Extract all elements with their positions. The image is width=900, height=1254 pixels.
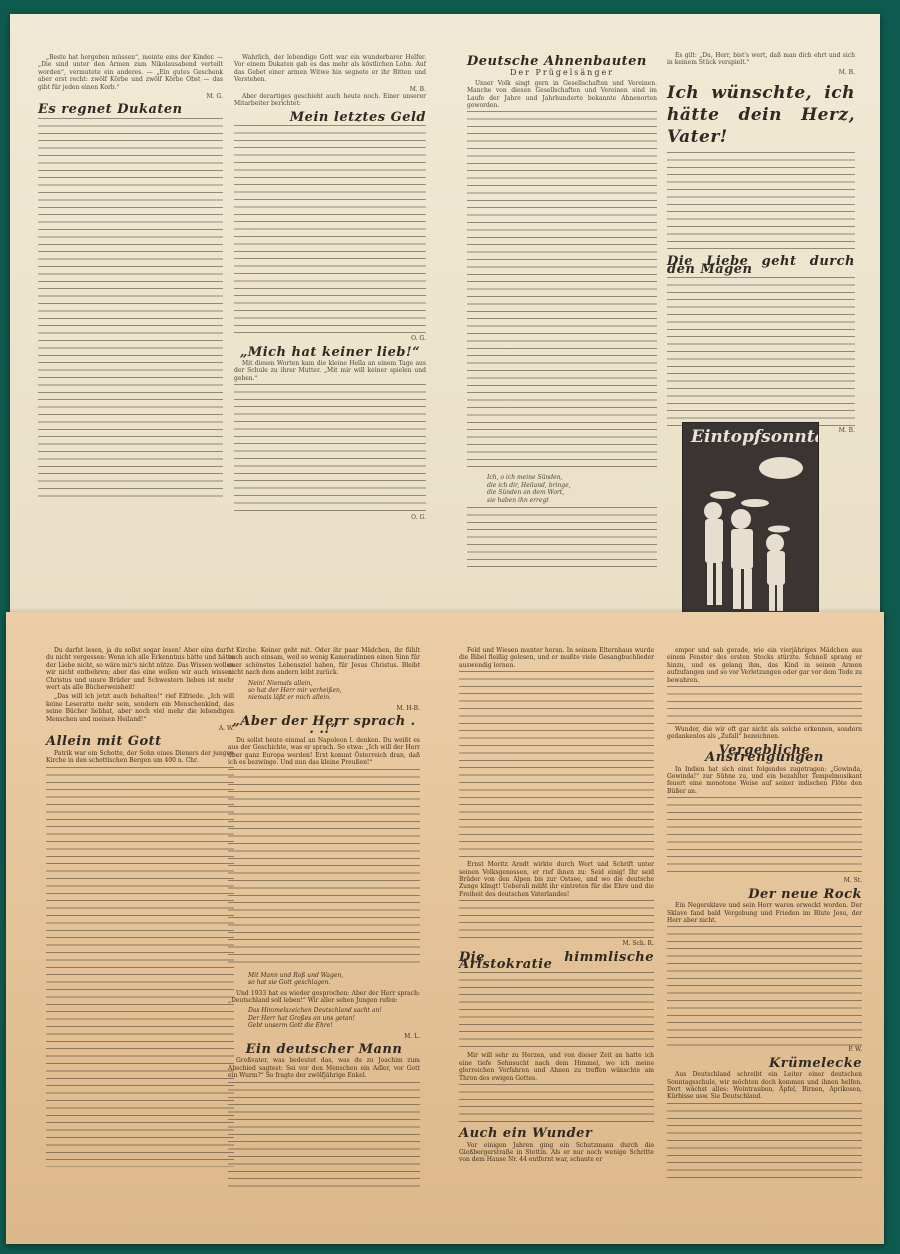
column: „Beste hat hergeben müssen“, meinte eins… bbox=[38, 54, 223, 498]
poem-line: Nein! Niemals allein, bbox=[248, 680, 420, 687]
signature: O. G. bbox=[234, 335, 426, 342]
body-text bbox=[228, 1082, 420, 1192]
poem-line: Gebt unserm Gott die Ehre! bbox=[248, 1022, 420, 1029]
column: Deutsche Ahnenbauten Der Prügelsänger Un… bbox=[467, 52, 657, 567]
article-heading: Die himmlische Aristokratie bbox=[459, 954, 654, 969]
poem-line: Ich, o ich meine Sünden, bbox=[487, 474, 657, 481]
paragraph: Ein Negersklave und sein Herr waren erwe… bbox=[667, 902, 862, 924]
paragraph: Mit diesen Worten kam die kleine Hella a… bbox=[234, 360, 426, 382]
eintopf-illustration: Eintopfsonntag bbox=[682, 422, 819, 622]
paragraph: Vor einigen Jahren ging ein Schutzmann d… bbox=[459, 1142, 654, 1164]
body-text bbox=[459, 900, 654, 940]
signature: M. B. bbox=[667, 69, 855, 76]
article-heading: Es regnet Dukaten bbox=[38, 106, 223, 113]
body-text bbox=[459, 1084, 654, 1124]
article-heading: „Aber der Herr sprach . . .!“ bbox=[228, 718, 420, 733]
signature: O. G. bbox=[234, 514, 426, 521]
paragraph: Du sollst heute einmal an Napoleon I. de… bbox=[228, 737, 420, 767]
paragraph: empor und sah gerade, wie ein vierjährig… bbox=[667, 647, 862, 684]
paragraph: Wunder, die wir oft gar nicht als solche… bbox=[667, 726, 862, 741]
poem-line: so hat sie Gott geschlagen. bbox=[248, 979, 420, 986]
signature: P. W. bbox=[667, 1046, 862, 1053]
signature: M. L. bbox=[228, 1033, 420, 1040]
article-heading: Krümelecke bbox=[667, 1060, 862, 1067]
column: Wahrlich, der lebendige Gott war ein wun… bbox=[234, 54, 426, 522]
article-heading: Allein mit Gott bbox=[46, 738, 234, 745]
poem-line: niemals läßt er mich allein. bbox=[248, 694, 420, 701]
paragraph: Kirche. Keiner geht mit. Oder ihr paar M… bbox=[228, 647, 420, 677]
paragraph: Mir will sehr zu Herzen, und von dieser … bbox=[459, 1052, 654, 1082]
paragraph: Es gilt: „Du, Herr, bist's wert, daß man… bbox=[667, 52, 855, 67]
paragraph: Und 1933 hat es wieder gesprochen: Aber … bbox=[228, 990, 420, 1005]
column: Es gilt: „Du, Herr, bist's wert, daß man… bbox=[667, 52, 855, 434]
body-text bbox=[228, 769, 420, 969]
signature: M. St. bbox=[667, 877, 862, 884]
column: Du darfst lesen, ja du sollst sogar lese… bbox=[46, 647, 234, 1167]
body-text bbox=[667, 686, 862, 726]
body-text bbox=[667, 1103, 862, 1183]
poem-line: sie haben ihn erregt bbox=[487, 497, 657, 504]
article-heading: Die Liebe geht durch den Magen bbox=[667, 258, 855, 273]
paragraph: Großvater, was bedeutet das, was du zu J… bbox=[228, 1057, 420, 1079]
poem: Mit Mann und Roß und Wagen, so hat sie G… bbox=[248, 972, 420, 987]
paragraph: „Beste hat hergeben müssen“, meinte eins… bbox=[38, 54, 223, 91]
body-text bbox=[667, 152, 855, 252]
signature: M. H-B. bbox=[228, 705, 420, 712]
paragraph: In Indien hat sich einst folgendes zuget… bbox=[667, 766, 862, 796]
column: Kirche. Keiner geht mit. Oder ihr paar M… bbox=[228, 647, 420, 1192]
paragraph: Wahrlich, der lebendige Gott war ein wun… bbox=[234, 54, 426, 84]
page-bottom-right: Feld und Wiesen munter heran. In seinem … bbox=[445, 612, 884, 1244]
paragraph: Ernst Moritz Arndt wirkte durch Wort und… bbox=[459, 861, 654, 898]
article-heading: Deutsche Ahnenbauten bbox=[467, 58, 657, 65]
paragraph: „Das will ich jetzt auch behalten!“ rief… bbox=[46, 693, 234, 723]
poem: Das Himmelszeichen Deutschland sacht an!… bbox=[248, 1007, 420, 1029]
poem-line: die ich dir, Heiland, bringe, bbox=[487, 482, 657, 489]
paragraph: Du darfst lesen, ja du sollst sogar lese… bbox=[46, 647, 234, 691]
children-with-bowls-icon bbox=[683, 423, 818, 621]
poem-line: die Sünden an dem Wort, bbox=[487, 489, 657, 496]
signature: A. W. bbox=[46, 725, 234, 732]
column: empor und sah gerade, wie ein vierjährig… bbox=[667, 647, 862, 1183]
paragraph: Unser Volk singt gern in Gesellschaften … bbox=[467, 80, 657, 110]
body-text bbox=[234, 384, 426, 514]
body-text bbox=[38, 118, 223, 498]
illustration-title: Eintopfsonntag bbox=[691, 427, 819, 447]
body-text bbox=[46, 767, 234, 1167]
paragraph: Aber derartiges geschieht auch heute noc… bbox=[234, 93, 426, 108]
body-text bbox=[667, 277, 855, 427]
poem-line: so hat der Herr mir verheißen, bbox=[248, 687, 420, 694]
article-heading: Auch ein Wunder bbox=[459, 1130, 654, 1137]
body-text bbox=[234, 125, 426, 335]
poem: Ich, o ich meine Sünden, die ich dir, He… bbox=[487, 474, 657, 504]
signature: M. B. bbox=[234, 86, 426, 93]
poem-line: Mit Mann und Roß und Wagen, bbox=[248, 972, 420, 979]
paragraph: Patrik war ein Schotte, der Sohn eines D… bbox=[46, 750, 234, 765]
article-heading: Der neue Rock bbox=[667, 891, 862, 898]
article-heading: Mein letztes Geld bbox=[234, 114, 426, 121]
article-heading: „Mich hat keiner lieb!“ bbox=[234, 349, 426, 356]
newspaper-sheet-top: „Beste hat hergeben müssen“, meinte eins… bbox=[10, 14, 880, 612]
body-text bbox=[667, 797, 862, 877]
signature: M. G. bbox=[38, 93, 223, 100]
article-heading: Vergebliche Anstrengungen bbox=[667, 747, 862, 762]
column: Feld und Wiesen munter heran. In seinem … bbox=[459, 647, 654, 1166]
paragraph: Aus Deutschland schreibt ein Leiter eine… bbox=[667, 1071, 862, 1101]
body-text bbox=[467, 507, 657, 567]
page-bottom-left: Du darfst lesen, ja du sollst sogar lese… bbox=[6, 612, 445, 1244]
page-top-left: „Beste hat hergeben müssen“, meinte eins… bbox=[10, 14, 445, 612]
body-text bbox=[459, 671, 654, 861]
body-text bbox=[459, 972, 654, 1052]
article-heading: Ein deutscher Mann bbox=[228, 1046, 420, 1053]
poem-line: Der Herr hat Großes an uns getan! bbox=[248, 1015, 420, 1022]
poem-line: Das Himmelszeichen Deutschland sacht an! bbox=[248, 1007, 420, 1014]
signature: M. Sch. R. bbox=[459, 940, 654, 947]
article-subheading: Der Prügelsänger bbox=[467, 69, 657, 76]
poem: Nein! Niemals allein, so hat der Herr mi… bbox=[248, 680, 420, 702]
article-heading: Ich wünschte, ich hätte dein Herz, Vater… bbox=[667, 82, 855, 148]
body-text bbox=[667, 926, 862, 1046]
newspaper-sheet-bottom: Du darfst lesen, ja du sollst sogar lese… bbox=[6, 612, 884, 1244]
body-text bbox=[467, 111, 657, 471]
paragraph: Feld und Wiesen munter heran. In seinem … bbox=[459, 647, 654, 669]
